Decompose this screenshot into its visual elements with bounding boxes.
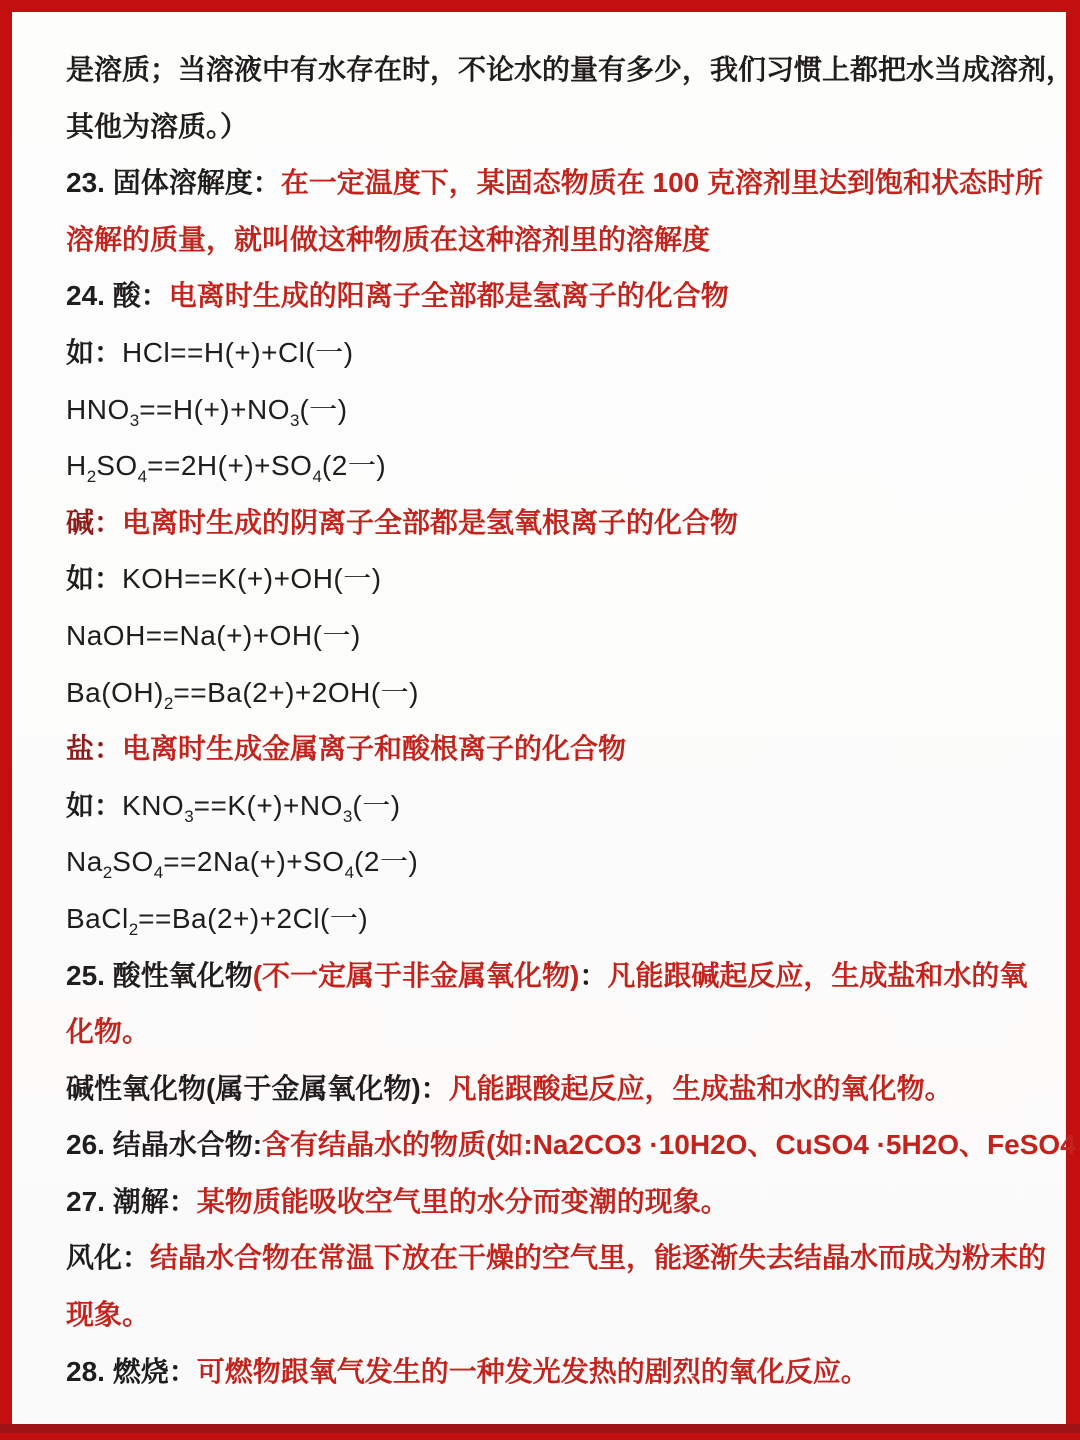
text-segment: 24. 酸： [66, 280, 169, 311]
text-segment: (2一) [354, 846, 418, 877]
text-segment: 风化： [66, 1242, 150, 1273]
text-line: 28. 燃烧：可燃物跟氧气发生的一种发光发热的剧烈的氧化反应。 [66, 1344, 1052, 1401]
text-segment: 凡能跟碱起反应，生成盐和水的氧 [607, 960, 1027, 991]
text-segment: ==Ba(2+)+2Cl(一) [138, 903, 368, 934]
text-segment: H [66, 450, 87, 481]
text-line: 27. 潮解：某物质能吸收空气里的水分而变潮的现象。 [66, 1174, 1052, 1231]
text-segment: ==K(+)+NO [194, 790, 343, 821]
text-line: 如：HCl==H(+)+Cl(一) [66, 325, 1052, 382]
text-segment: ==2Na(+)+SO [163, 846, 344, 877]
text-segment: HNO [66, 394, 130, 425]
document-lines: 是溶质；当溶液中有水存在时，不论水的量有多少，我们习惯上都把水当成溶剂，其他为溶… [66, 42, 1052, 1400]
text-segment: 含有结晶水的物质(如:Na2CO3 ·10H2O、CuSO4 ·5H2O、FeS… [262, 1129, 1080, 1160]
text-segment: 27. 潮解： [66, 1186, 197, 1217]
text-segment: 23. 固体溶解度： [66, 167, 281, 198]
text-segment: 2 [103, 863, 112, 882]
text-segment: NaOH==Na(+)+OH(一) [66, 620, 361, 651]
text-segment: (一) [352, 790, 400, 821]
text-segment: ： [579, 960, 607, 991]
text-segment: 可燃物跟氧气发生的一种发光发热的剧烈的氧化反应。 [197, 1356, 869, 1387]
text-segment: 电离时生成金属离子和酸根离子的化合物 [122, 733, 626, 764]
text-line: 24. 酸：电离时生成的阳离子全部都是氢离子的化合物 [66, 268, 1052, 325]
text-line: Na2SO4==2Na(+)+SO4(2一) [66, 834, 1052, 891]
text-segment: 碱性氧化物(属于金属氧化物)： [66, 1073, 449, 1104]
text-line: 碱性氧化物(属于金属氧化物)：凡能跟酸起反应，生成盐和水的氧化物。 [66, 1061, 1052, 1118]
text-line: 化物。 [66, 1004, 1052, 1061]
text-segment: 电离时生成的阳离子全部都是氢离子的化合物 [169, 280, 729, 311]
text-segment: ==Ba(2+)+2OH(一) [173, 677, 419, 708]
text-segment: 4 [154, 863, 163, 882]
text-segment: ==2H(+)+SO [147, 450, 312, 481]
text-line: 26. 结晶水合物:含有结晶水的物质(如:Na2CO3 ·10H2O、CuSO4… [66, 1117, 1052, 1174]
text-line: 23. 固体溶解度：在一定温度下，某固态物质在 100 克溶剂里达到饱和状态时所 [66, 155, 1052, 212]
text-segment: 某物质能吸收空气里的水分而变潮的现象。 [197, 1186, 729, 1217]
document-page: 是溶质；当溶液中有水存在时，不论水的量有多少，我们习惯上都把水当成溶剂，其他为溶… [12, 12, 1066, 1424]
text-segment: 2 [129, 920, 138, 939]
text-line: 如：KOH==K(+)+OH(一) [66, 551, 1052, 608]
text-segment: (不一定属于非金属氧化物) [253, 960, 580, 991]
text-segment: 2 [164, 694, 173, 713]
text-line: NaOH==Na(+)+OH(一) [66, 608, 1052, 665]
text-segment: 凡能跟酸起反应，生成盐和水的氧化物。 [449, 1073, 953, 1104]
text-line: 风化：结晶水合物在常温下放在干燥的空气里，能逐渐失去结晶水而成为粉末的 [66, 1230, 1052, 1287]
text-segment: HCl==H(+)+Cl(一) [122, 337, 354, 368]
text-segment: 电离时生成的阴离子全部都是氢氧根离子的化合物 [122, 507, 738, 538]
text-segment: 如： [66, 337, 122, 368]
text-segment: 3 [343, 807, 352, 826]
text-line: 溶解的质量，就叫做这种物质在这种溶剂里的溶解度 [66, 212, 1052, 269]
text-line: Ba(OH)2==Ba(2+)+2OH(一) [66, 665, 1052, 722]
text-line: HNO3==H(+)+NO3(一) [66, 382, 1052, 439]
text-segment: 3 [130, 411, 139, 430]
text-segment: 溶解的质量，就叫做这种物质在这种溶剂里的溶解度 [66, 224, 710, 255]
text-segment: 4 [345, 863, 354, 882]
text-line: 碱：电离时生成的阴离子全部都是氢氧根离子的化合物 [66, 495, 1052, 552]
text-segment: 是溶质；当溶液中有水存在时，不论水的量有多少，我们习惯上都把水当成溶剂， [66, 54, 1074, 85]
text-line: 如：KNO3==K(+)+NO3(一) [66, 778, 1052, 835]
text-segment: 其他为溶质。） [66, 111, 248, 142]
text-segment: 如： [66, 563, 122, 594]
text-segment: 4 [138, 467, 147, 486]
text-segment: 26. 结晶水合物: [66, 1129, 262, 1160]
text-segment: 盐： [66, 733, 122, 764]
text-segment: Na [66, 846, 103, 877]
text-line: 25. 酸性氧化物(不一定属于非金属氧化物)：凡能跟碱起反应，生成盐和水的氧 [66, 948, 1052, 1005]
text-segment: 化物。 [66, 1016, 150, 1047]
text-segment: 3 [184, 807, 193, 826]
text-segment: (2一) [322, 450, 386, 481]
text-segment: KOH==K(+)+OH(一) [122, 563, 382, 594]
page-border-accent [0, 1424, 1080, 1433]
text-segment: 在一定温度下，某固态物质在 100 克溶剂里达到饱和状态时所 [281, 167, 1043, 198]
text-segment: 现象。 [66, 1299, 150, 1330]
text-segment: ==H(+)+NO [139, 394, 290, 425]
text-segment: 2 [87, 467, 96, 486]
text-line: BaCl2==Ba(2+)+2Cl(一) [66, 891, 1052, 948]
text-segment: SO [96, 450, 137, 481]
text-segment: (一) [299, 394, 347, 425]
text-segment: 如： [66, 790, 122, 821]
text-segment: KNO [122, 790, 184, 821]
text-segment: 28. 燃烧： [66, 1356, 197, 1387]
text-segment: BaCl [66, 903, 129, 934]
text-segment: 4 [312, 467, 321, 486]
text-line: 其他为溶质。） [66, 99, 1052, 156]
text-line: 盐：电离时生成金属离子和酸根离子的化合物 [66, 721, 1052, 778]
text-segment: SO [112, 846, 153, 877]
text-segment: Ba(OH) [66, 677, 164, 708]
text-segment: 25. 酸性氧化物 [66, 960, 253, 991]
text-segment: 碱： [66, 507, 122, 538]
text-line: 现象。 [66, 1287, 1052, 1344]
text-segment: 结晶水合物在常温下放在干燥的空气里，能逐渐失去结晶水而成为粉末的 [150, 1242, 1046, 1273]
text-line: H2SO4==2H(+)+SO4(2一) [66, 438, 1052, 495]
text-line: 是溶质；当溶液中有水存在时，不论水的量有多少，我们习惯上都把水当成溶剂， [66, 42, 1052, 99]
